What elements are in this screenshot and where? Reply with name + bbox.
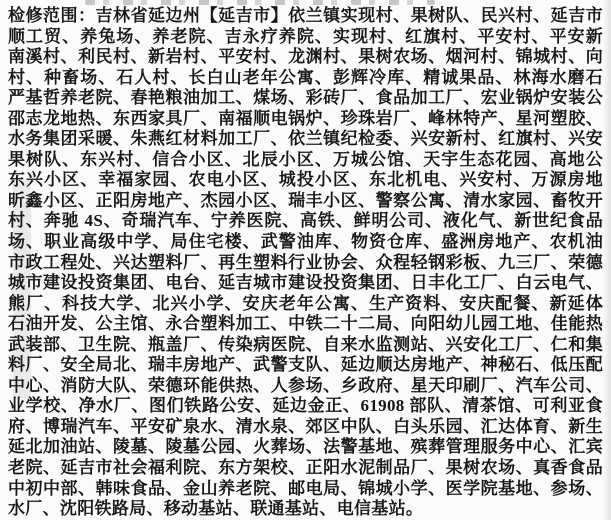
text-line: 邵志龙地热、东西家具厂、南福顺电锅炉、珍珠岩厂、峰林特产、星河塑胶、水务集团、: [8, 109, 603, 130]
text-line: 村、种畜场、石人村、长白山老年公寓、彭辉冷库、精诚果品、林海水磨石厂、果树队、: [8, 68, 603, 89]
text-line: 延北加油站、陵墓、陵墓公园、火葬场、法警基地、殡葬管理服务中心、汇宾楼、恩光敬: [8, 437, 603, 458]
text-line: 料厂、安全局北、瑞丰房地产、武警支队、延边顺达房地产、神秘石、低压配电班、疾控: [8, 355, 603, 376]
text-line: 熊厂、科技大学、北兴小学、安庆老年公寓、生产资料、安庆配餐、新延体育、养殖场、: [8, 294, 603, 315]
text-line: 中心、消防大队、荣德环能供热、人参场、乡政府、星天印刷厂、汽车公司、金刚石、工: [8, 376, 603, 397]
text-line: 检修范围：吉林省延边州【延吉市】依兰镇实现村、果树队、民兴村、延吉市纪检委、天: [8, 6, 603, 27]
text-line: 严基哲养老院、春艳粮油加工、煤场、彩砖厂、食品加工厂、宏业锅炉安装公司、州党校、: [8, 88, 603, 109]
text-line: 城市建设投资集团、电台、延吉城市建设投资集团、日丰化工厂、白云电气、东晨环能、: [8, 273, 603, 294]
text-line: 村、奔驰 4S、奇瑞汽车、宁养医院、高铁、鲜明公司、液化气、新世纪食品厂、武警训…: [8, 211, 603, 232]
text-line: 东兴小区、幸福家园、农电小区、城投小区、东北机电、兴安村、万源房地产、仁和集团、: [8, 170, 603, 191]
text-line: 中初中部、韩味食品、金山养老院、邮电局、锦城小学、医学院基地、参场、大觉寺、净: [8, 479, 603, 500]
text-line: 水务集团采暖、朱燕红材料加工厂、依兰镇纪检委、兴安新村、红旗村、兴安新村、北大: [8, 129, 603, 150]
document-page: 检修范围：吉林省延边州【延吉市】依兰镇实现村、果树队、民兴村、延吉市纪检委、天顺…: [0, 0, 611, 520]
scan-edge-shadow: [603, 0, 611, 520]
text-line: 老院、延吉市社会福利院、东方架校、正阳水泥制品厂、果树农场、真香食品厂、延边二: [8, 458, 603, 479]
text-line: 果树队、东兴村、信合小区、北辰小区、万城公馆、天宇生态花园、高地公园、古城花园、: [8, 150, 603, 171]
text-line: 顺工贸、养兔场、养老院、吉永疗养院、实现村、红旗村、平安村、平安新村、兴农村、: [8, 27, 603, 48]
text-line: 市政工程处、兴达塑料厂、再生塑料行业协会、众程轻钢彩板、九三厂、荣德环能、延吉: [8, 253, 603, 274]
text-line: 南溪村、利民村、新岩村、平安村、龙渊村、果树农场、烟河村、锦城村、向阳村、台岩: [8, 47, 603, 68]
scan-artifact-top: [85, 0, 435, 5]
text-line: 场、职业高级中学、局住宅楼、武警油库、物资仓库、盛洲房地产、农机油库、看守所、: [8, 232, 603, 253]
text-line: 昕鑫小区、正阳房地产、杰园小区、瑞丰小区、警察公寓、清水家园、畜牧开发、万源新: [8, 191, 603, 212]
maintenance-scope-text: 检修范围：吉林省延边州【延吉市】依兰镇实现村、果树队、民兴村、延吉市纪检委、天顺…: [8, 6, 603, 520]
text-line: 业学校、净水厂、图们铁路公安、延边金正、61908 部队、清茶馆、可利亚食品厂、…: [8, 396, 603, 417]
text-line: 水厂、沈阳铁路局、移动基站、联通基站、电信基站。: [8, 499, 603, 520]
text-line: 府、博瑞汽车、平安矿泉水、清水泉、郊区中队、白头乐园、汇达体育、新生命敬老院、: [8, 417, 603, 438]
text-line: 石油开发、公主馆、永合塑料加工、中铁二十二局、向阳幼儿园工地、佳能热水有限公司、: [8, 314, 603, 335]
text-line: 武装部、卫生院、瓶盖厂、传染病医院、自来水监测站、兴安化工厂、仁和集团、保温材: [8, 335, 603, 356]
